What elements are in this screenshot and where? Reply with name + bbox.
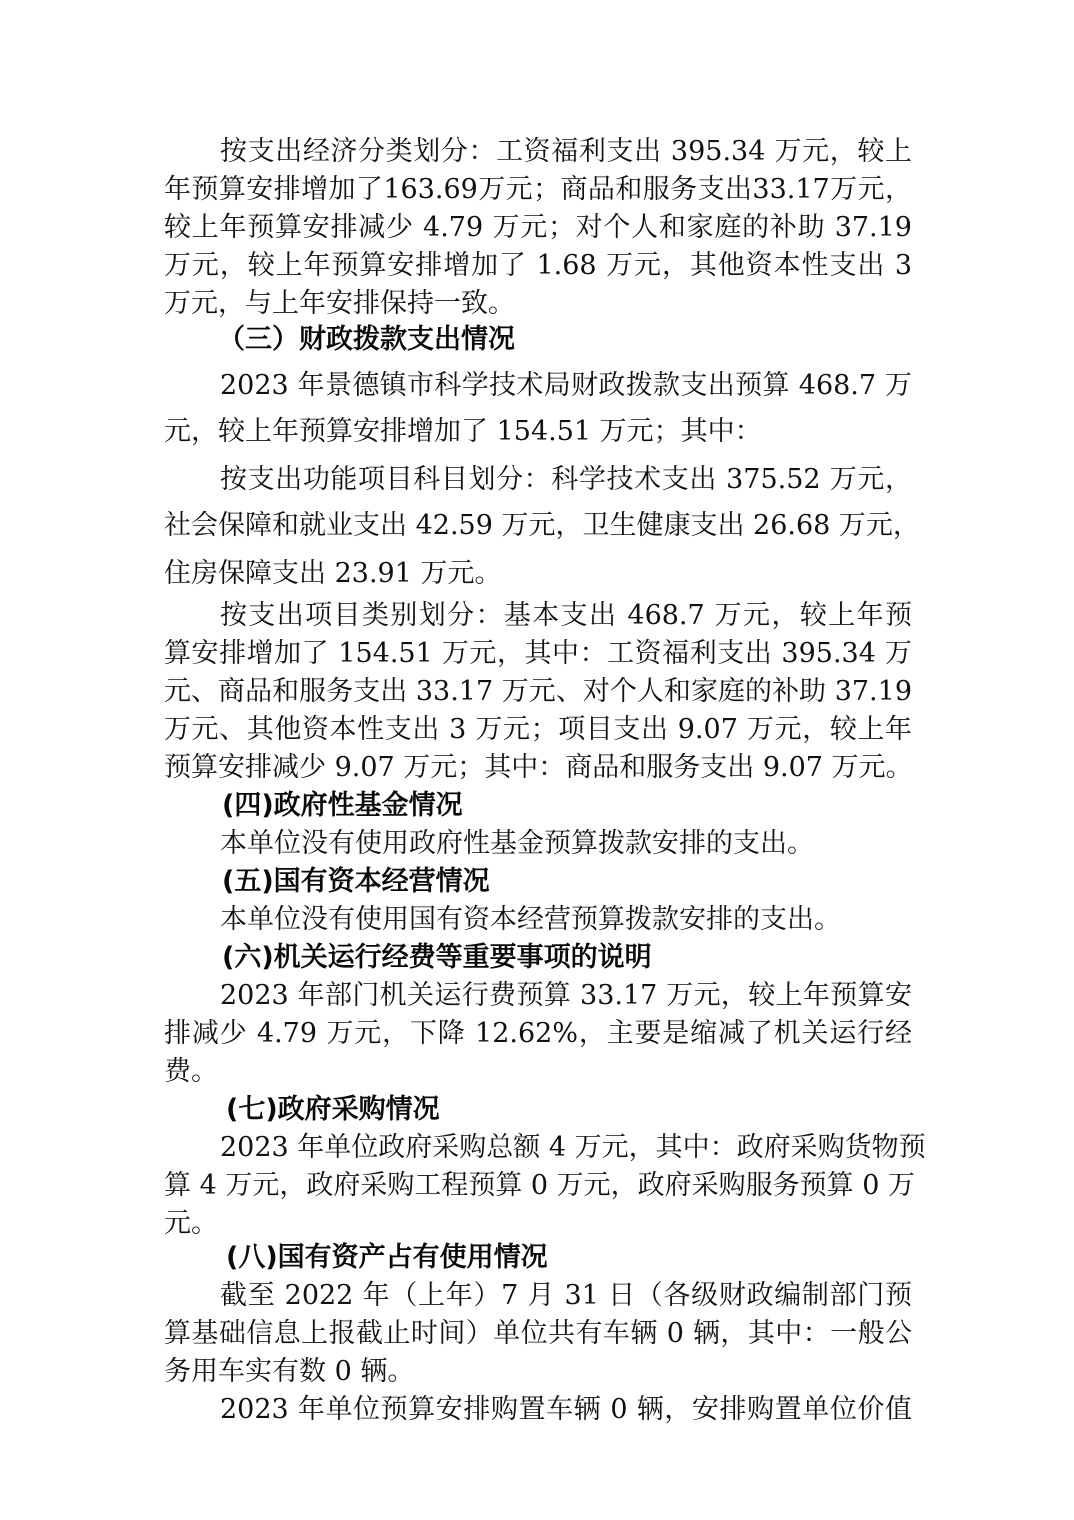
paragraph-line: 算 4 万元，政府采购工程预算 0 万元，政府采购服务预算 0 万: [164, 1168, 912, 1204]
section-heading-operating-expenses: (六)机关运行经费等重要事项的说明: [222, 940, 652, 976]
section-heading-procurement: (七)政府采购情况: [226, 1092, 440, 1128]
paragraph-line: 务用车实有数 0 辆。: [164, 1354, 912, 1390]
paragraph-line: 元、商品和服务支出 33.17 万元、对个人和家庭的补助 37.19: [164, 674, 912, 710]
paragraph-line: 住房保障支出 23.91 万元。: [164, 556, 912, 592]
section-heading-fiscal-expenditure: （三）财政拨款支出情况: [218, 322, 515, 358]
paragraph-line: 元，较上年预算安排增加了 154.51 万元；其中：: [164, 414, 912, 450]
paragraph-line: 截至 2022 年（上年）7 月 31 日（各级财政编制部门预: [220, 1278, 912, 1314]
paragraph-line: 2023 年景德镇市科学技术局财政拨款支出预算 468.7 万: [220, 368, 912, 404]
paragraph-line: 按支出项目类别划分：基本支出 468.7 万元，较上年预: [220, 598, 912, 634]
paragraph-line: 算安排增加了 154.51 万元，其中：工资福利支出 395.34 万: [164, 636, 912, 672]
section-heading-government-fund: (四)政府性基金情况: [222, 788, 463, 824]
paragraph-line: 排减少 4.79 万元，下降 12.62%，主要是缩减了机关运行经: [164, 1016, 912, 1052]
paragraph-line: 年预算安排增加了163.69万元；商品和服务支出33.17万元，: [164, 172, 912, 208]
paragraph-line: 本单位没有使用国有资本经营预算拨款安排的支出。: [220, 902, 912, 938]
document-page: 按支出经济分类划分：工资福利支出 395.34 万元，较上 年预算安排增加了16…: [0, 0, 1074, 1520]
paragraph-line: 预算安排减少 9.07 万元；其中：商品和服务支出 9.07 万元。: [164, 750, 912, 786]
paragraph-line: 较上年预算安排减少 4.79 万元；对个人和家庭的补助 37.19: [164, 210, 912, 246]
section-heading-state-assets: (八)国有资产占有使用情况: [226, 1240, 548, 1276]
paragraph-line: 元。: [164, 1206, 912, 1242]
paragraph-line: 本单位没有使用政府性基金预算拨款安排的支出。: [220, 826, 912, 862]
paragraph-line: 万元，较上年预算安排增加了 1.68 万元，其他资本性支出 3: [164, 248, 912, 284]
paragraph-line: 万元、其他资本性支出 3 万元；项目支出 9.07 万元，较上年: [164, 712, 912, 748]
paragraph-line: 社会保障和就业支出 42.59 万元，卫生健康支出 26.68 万元，: [164, 508, 912, 544]
paragraph-line: 费。: [164, 1054, 912, 1090]
paragraph-line: 2023 年部门机关运行费预算 33.17 万元，较上年预算安: [220, 978, 912, 1014]
paragraph-line: 2023 年单位政府采购总额 4 万元，其中：政府采购货物预: [220, 1130, 912, 1166]
paragraph-line: 算基础信息上报截止时间）单位共有车辆 0 辆，其中：一般公: [164, 1316, 912, 1352]
paragraph-line: 按支出功能项目科目划分：科学技术支出 375.52 万元，: [220, 462, 912, 498]
section-heading-state-capital: (五)国有资本经营情况: [222, 864, 490, 900]
paragraph-line: 2023 年单位预算安排购置车辆 0 辆，安排购置单位价值: [220, 1392, 912, 1428]
paragraph-line: 按支出经济分类划分：工资福利支出 395.34 万元，较上: [220, 134, 912, 170]
paragraph-line: 万元，与上年安排保持一致。: [164, 286, 912, 322]
